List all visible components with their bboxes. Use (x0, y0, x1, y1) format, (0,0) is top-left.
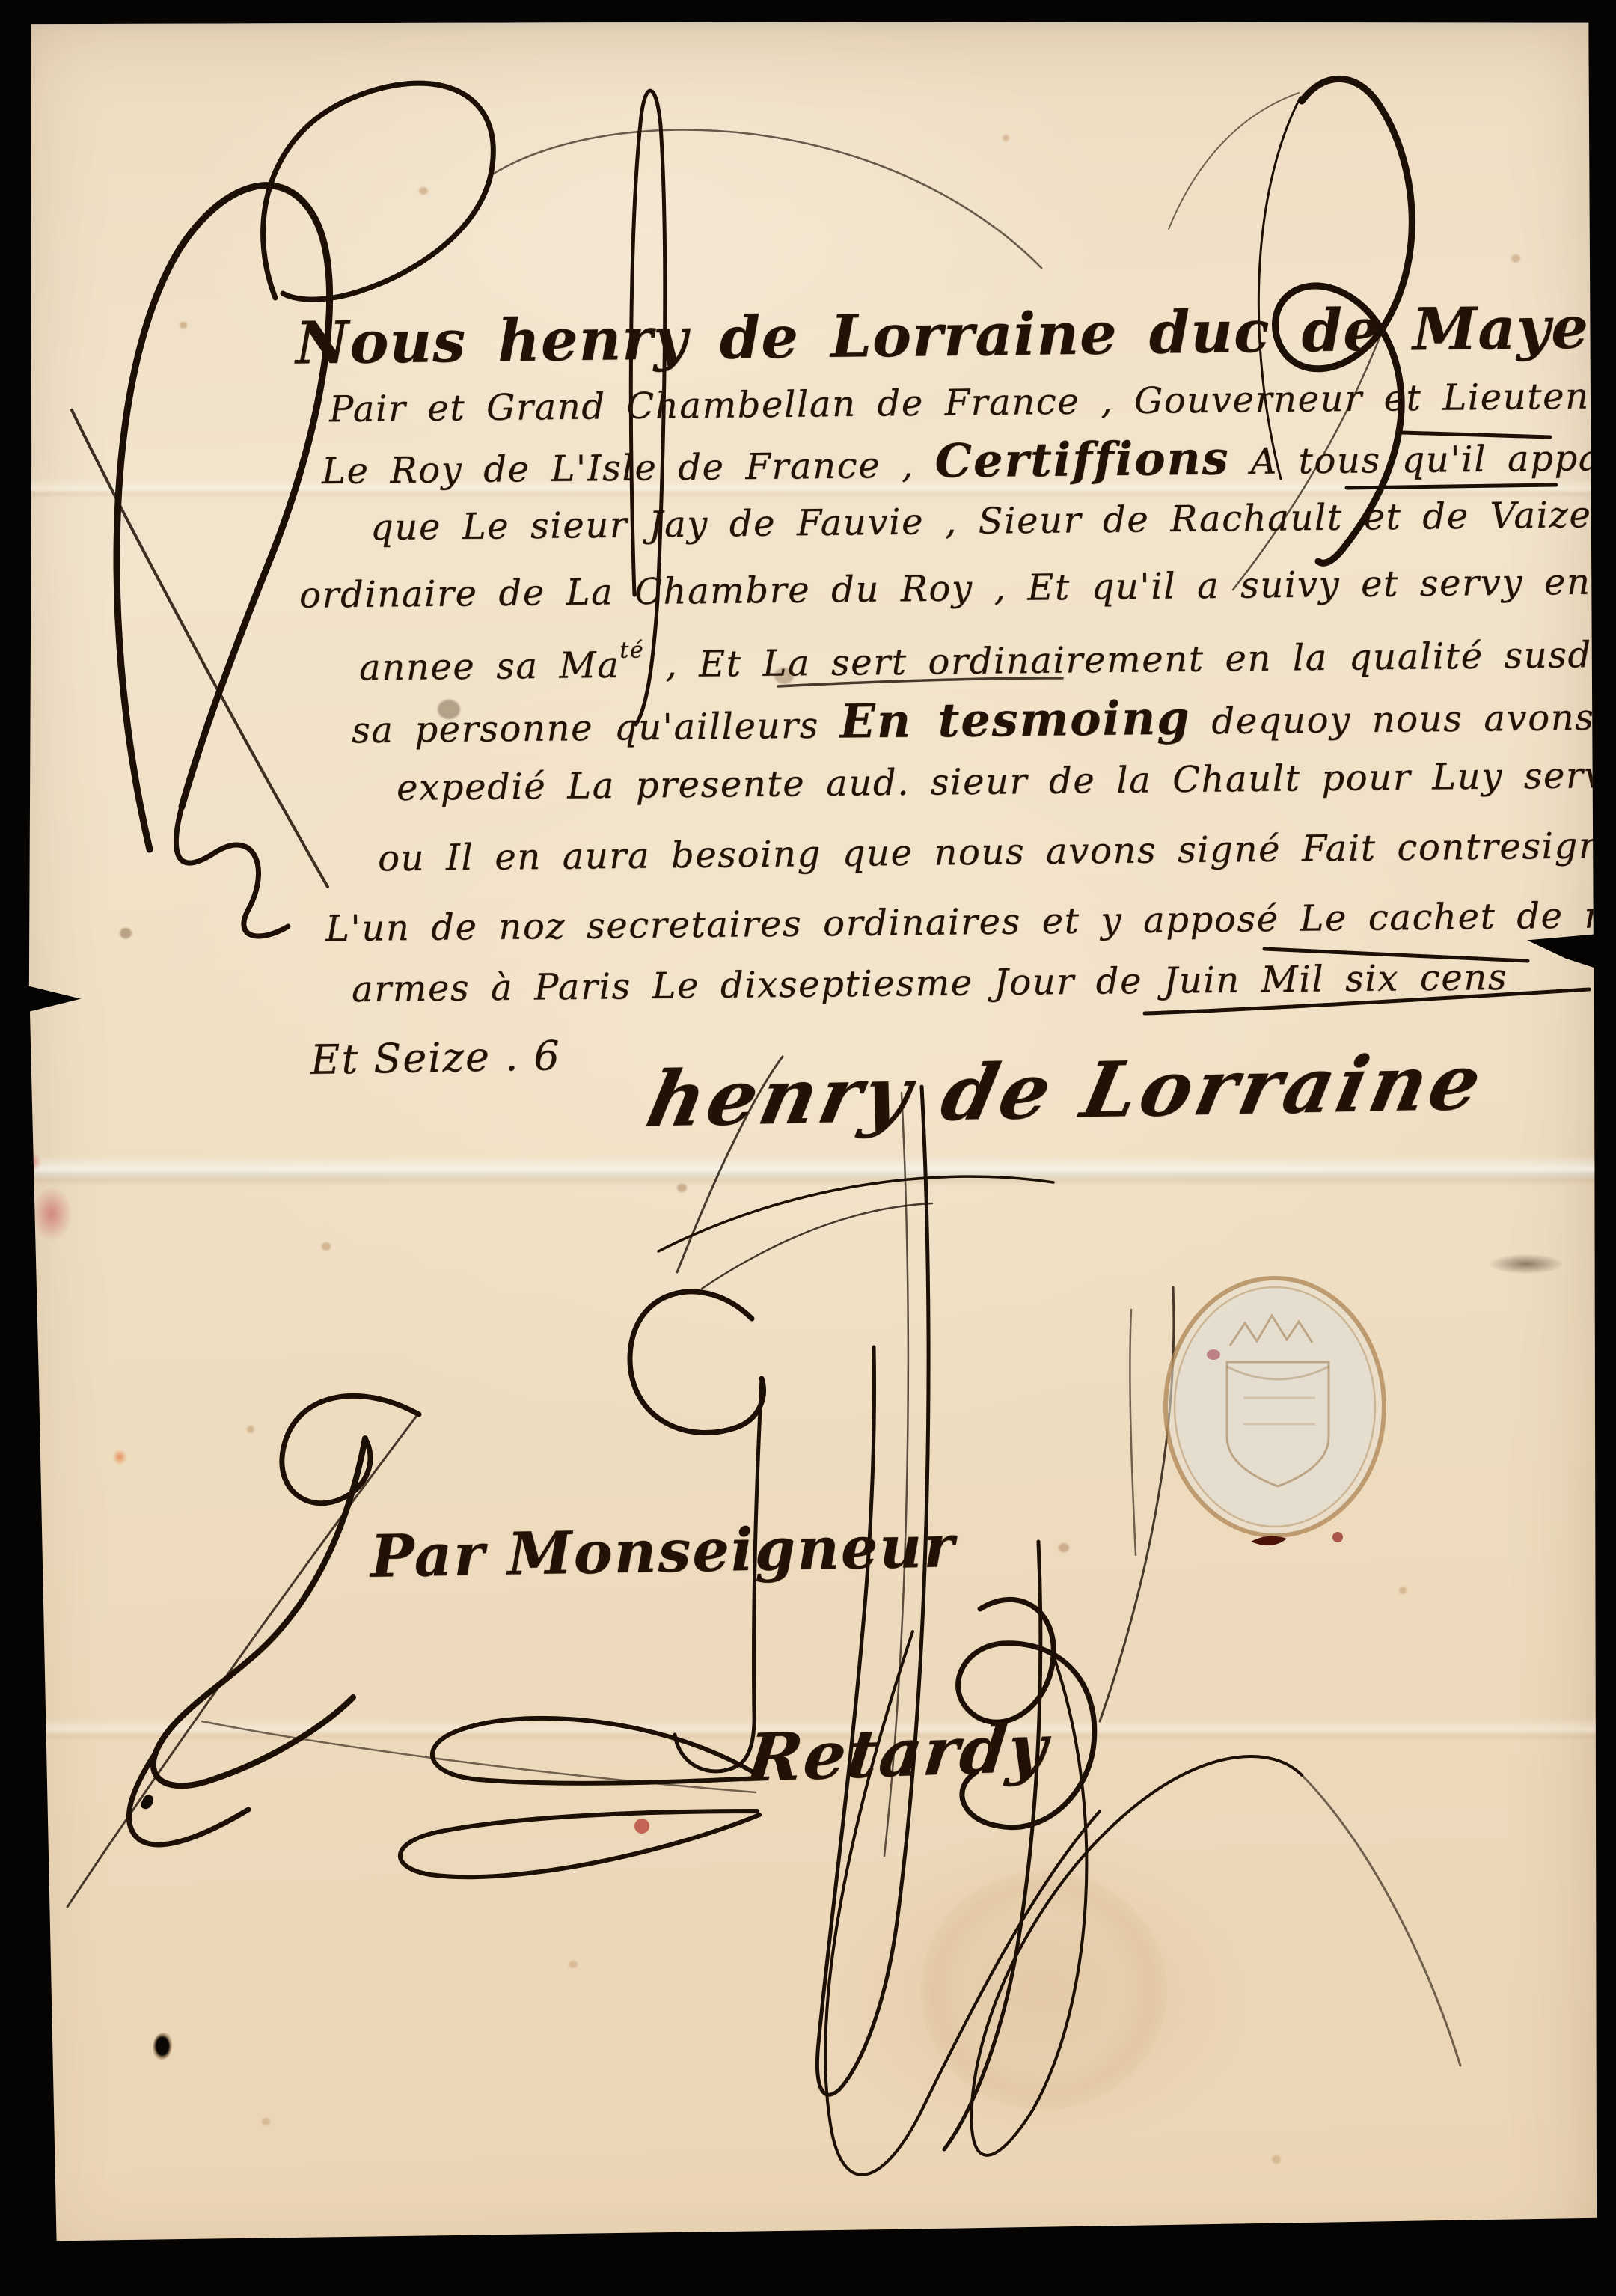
closing-line: Et Seize . 6 (310, 1032, 561, 1084)
fold-crease-middle (0, 1155, 1616, 1187)
foxing-spot (247, 1426, 254, 1433)
parchment-page: Nous henry de Lorraine duc de Mayenne Et… (0, 0, 1616, 2296)
foxing-spot (1511, 254, 1520, 263)
foxing-spot (419, 187, 428, 195)
seal-outer-ring (1166, 1278, 1384, 1536)
signature-secretary: Retardy (744, 1709, 1053, 1797)
top-center-flourish (263, 83, 1041, 299)
seal-red-fleck (1207, 1349, 1220, 1360)
foxing-spot (180, 322, 187, 329)
foxing-spot (322, 1242, 331, 1251)
letter-heading: Nous henry de Lorraine duc de Mayenne Et… (296, 286, 1616, 377)
secretary-leaf-flourish (202, 1718, 759, 1877)
signature-henry-de-lorraine: henry de Lorraine (640, 1037, 1493, 1144)
wax-seal (1161, 1271, 1395, 1552)
body-line-6: sa personne qu'ailleurs En tesmoing dequ… (352, 686, 1616, 754)
body-line-4: ordinaire de La Chambre du Roy , Et qu'i… (299, 558, 1616, 617)
seal-inner-ring (1175, 1287, 1375, 1527)
red-speck-left-edge (22, 1152, 42, 1172)
body-line-1: Pair et Grand Chambellan de France , Gou… (329, 372, 1616, 430)
foxing-spot (569, 1961, 578, 1968)
seal-dark-red-blob (1251, 1536, 1287, 1545)
foxing-spot (262, 2118, 270, 2125)
body-line-7: expedié La presente aud. sieur de la Cha… (397, 752, 1616, 809)
seal-coat-of-arms (1227, 1316, 1329, 1486)
body-line-5: annee sa Maté , Et La sert ordinairement… (359, 625, 1616, 689)
foxing-spot (1059, 1543, 1069, 1552)
body-line-9: L'un de noz secretaires ordinaires et y … (325, 894, 1616, 950)
lower-left-flourish (67, 1396, 419, 1907)
seal-red-dot (1332, 1532, 1343, 1542)
foxing-spot (1399, 1587, 1407, 1594)
orange-speck (112, 1449, 127, 1465)
manuscript-scan: Nous henry de Lorraine duc de Mayenne Et… (0, 0, 1616, 2296)
body-line-2: Le Roy de L'Isle de France , Certiffions… (322, 425, 1616, 495)
foxing-spot (120, 928, 132, 938)
body-line-10: armes à Paris Le dixseptiesme Jour de Ju… (352, 956, 1508, 1010)
brown-smudge-right (1490, 1254, 1562, 1274)
top-left-flourish (72, 186, 330, 936)
foxing-spot (1003, 135, 1009, 141)
foxing-spot (677, 1184, 687, 1192)
docket-par-monseigneur: Par Monseigneur (370, 1512, 956, 1591)
body-line-8: ou Il en aura besoing que nous avons sig… (378, 824, 1616, 880)
vertical-hairpin-flourish (817, 1087, 928, 2095)
paper-top-edge (31, 22, 1590, 32)
red-ink-speck (634, 1819, 649, 1834)
worm-hole (153, 2033, 172, 2060)
red-stain-left-edge (31, 1187, 72, 1241)
body-line-3: que Le sieur Jay de Fauvie , Sieur de Ra… (370, 490, 1616, 549)
ink-dot-lower-left (139, 1793, 155, 1811)
foxing-spot (1272, 2155, 1281, 2164)
faint-ring-stain (920, 1871, 1167, 2110)
